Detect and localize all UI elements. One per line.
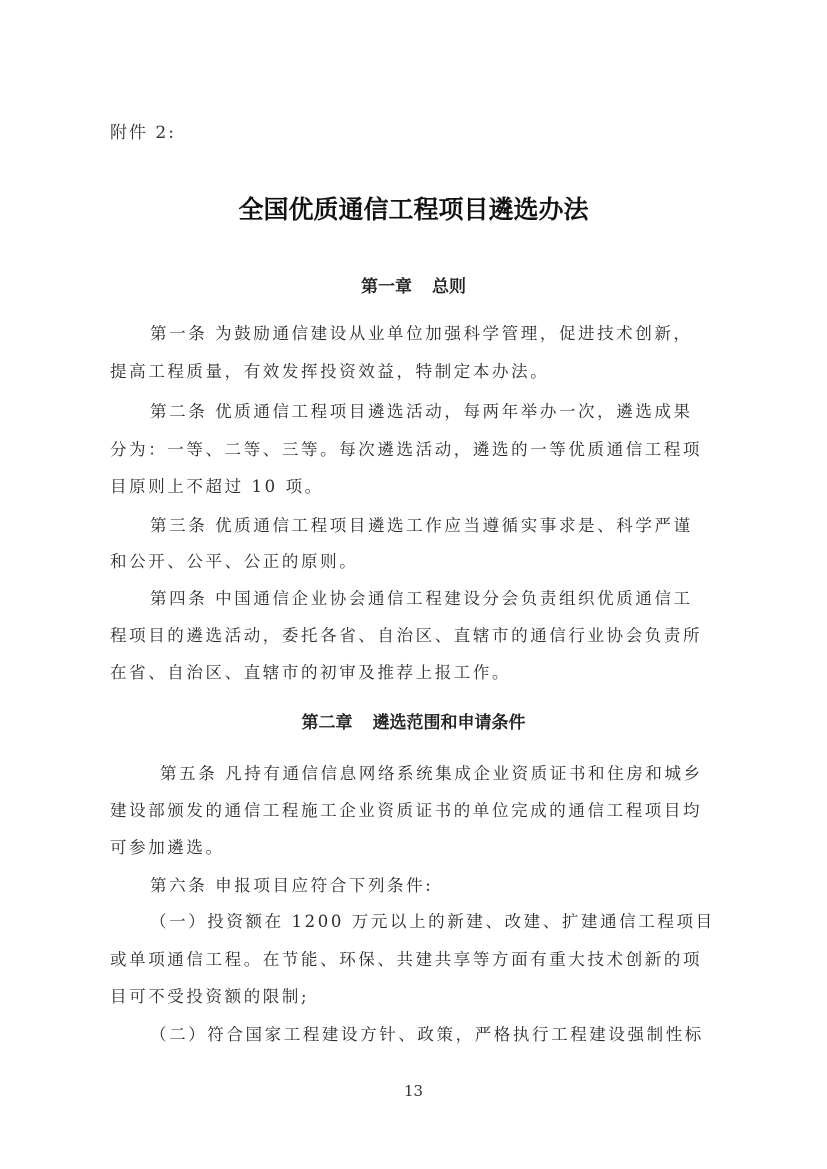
chapter-name: 遴选范围和申请条件 <box>373 713 526 733</box>
chapter-number: 第二章 <box>302 713 353 733</box>
article-4-line-2: 程项目的遴选活动，委托各省、自治区、直辖市的通信行业协会负责所 <box>110 622 702 646</box>
article-5-line-2: 建设部颁发的通信工程施工企业资质证书的单位完成的通信工程项目均 <box>110 797 702 821</box>
article-5-line-3: 可参加遴选。 <box>110 834 225 858</box>
chapter-name: 总则 <box>432 277 466 297</box>
article-6-item-2-line-1: （二）符合国家工程建设方针、政策，严格执行工程建设强制性标 <box>150 1021 704 1045</box>
chapter-heading-1: 第一章总则 <box>0 272 827 297</box>
article-2-line-1: 第二条 优质通信工程项目遴选活动，每两年举办一次，遴选成果 <box>150 398 693 422</box>
article-2-line-2: 分为：一等、二等、三等。每次遴选活动，遴选的一等优质通信工程项 <box>110 436 702 460</box>
article-5-line-1: 第五条 凡持有通信信息网络系统集成企业资质证书和住房和城乡 <box>160 760 703 784</box>
page-number: 13 <box>0 1082 827 1100</box>
article-4-line-1: 第四条 中国通信企业协会通信工程建设分会负责组织优质通信工 <box>150 585 693 609</box>
article-1-line-1: 第一条 为鼓励通信建设从业单位加强科学管理，促进技术创新， <box>150 320 693 344</box>
article-1-line-2: 提高工程质量，有效发挥投资效益，特制定本办法。 <box>110 358 549 382</box>
article-6-item-1-line-1: （一）投资额在 1200 万元以上的新建、改建、扩建通信工程项目 <box>150 908 715 932</box>
article-3-line-1: 第三条 优质通信工程项目遴选工作应当遵循实事求是、科学严谨 <box>150 512 693 536</box>
article-6-item-1-line-2: 或单项通信工程。在节能、环保、共建共享等方面有重大技术创新的项 <box>110 946 702 970</box>
document-title: 全国优质通信工程项目遴选办法 <box>0 190 827 226</box>
article-4-line-3: 在省、自治区、直辖市的初审及推荐上报工作。 <box>110 659 511 683</box>
article-6-item-1-line-3: 目可不受投资额的限制; <box>110 983 309 1007</box>
chapter-heading-2: 第二章遴选范围和申请条件 <box>0 708 827 733</box>
article-3-line-2: 和公开、公平、公正的原则。 <box>110 548 358 572</box>
article-6-line-1: 第六条 申报项目应符合下列条件: <box>150 872 433 896</box>
chapter-number: 第一章 <box>361 277 412 297</box>
article-2-line-3: 目原则上不超过 10 项。 <box>110 473 324 497</box>
attachment-label: 附件 2: <box>110 118 176 143</box>
